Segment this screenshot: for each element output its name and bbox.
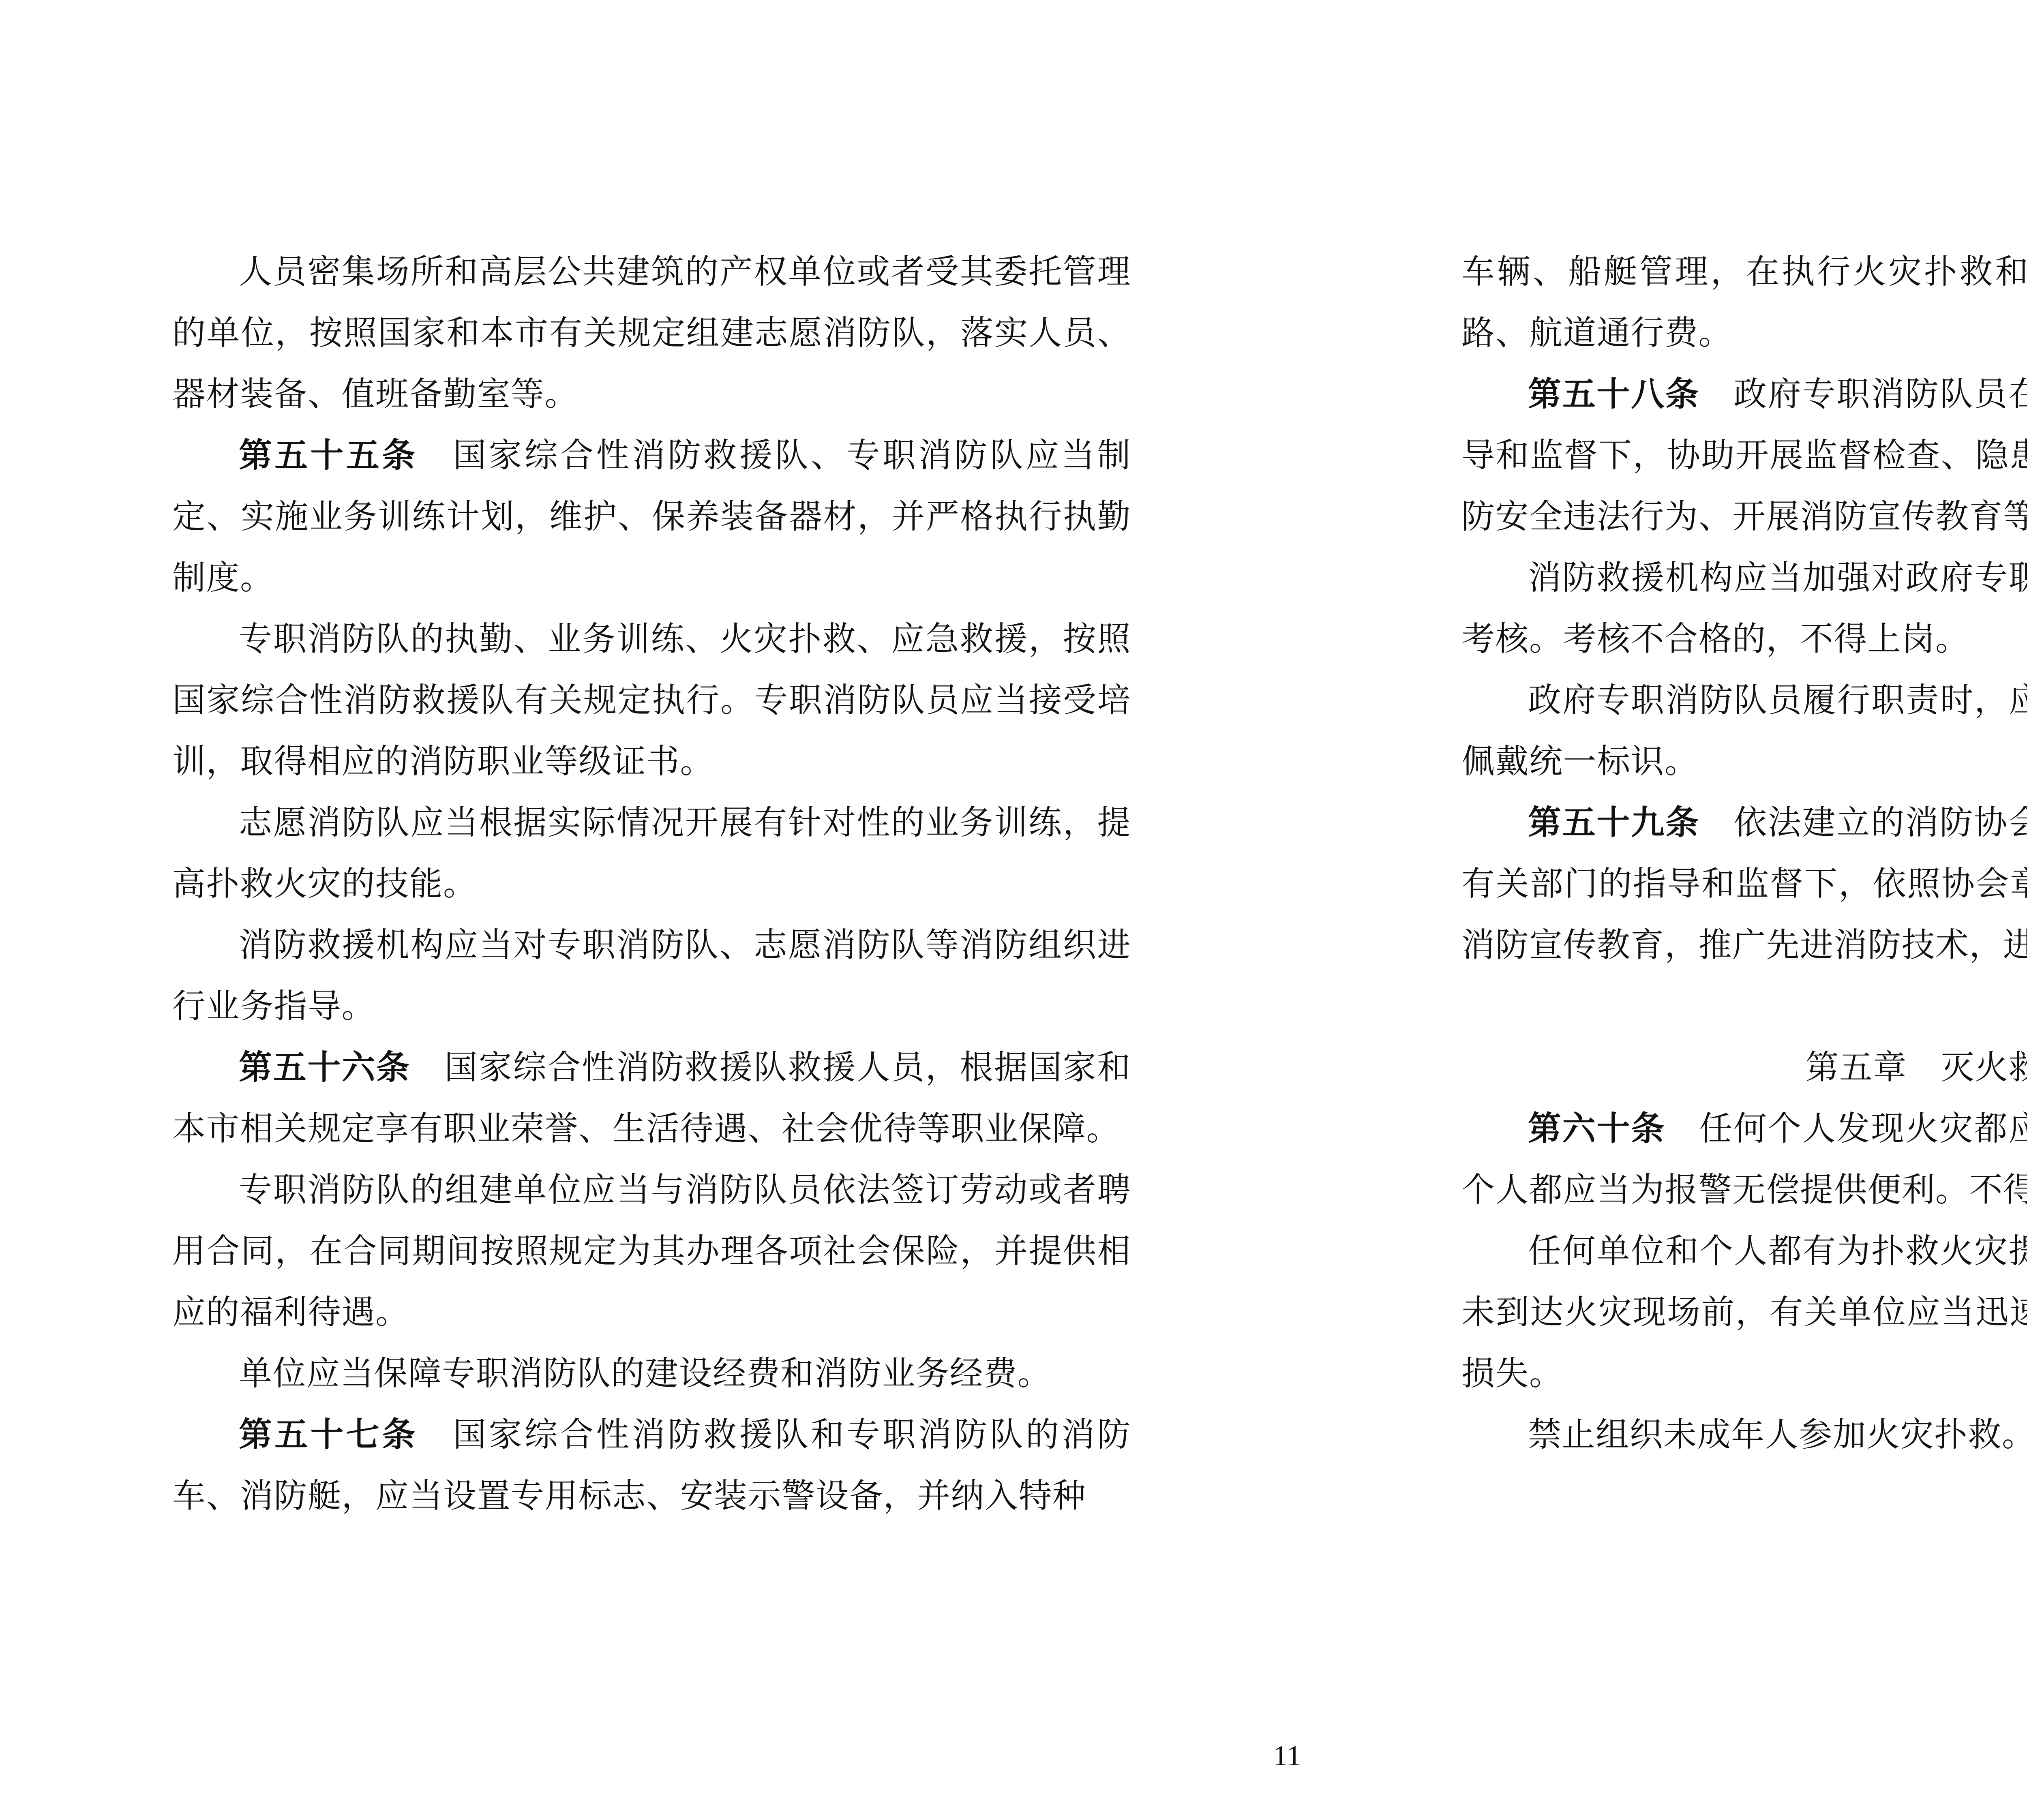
paragraph: 专职消防队的组建单位应当与消防队员依法签订劳动或者聘用合同，在合同期间按照规定为… xyxy=(172,1159,1131,1343)
chapter-title: 第五章 灭火救援 xyxy=(1461,1037,2027,1098)
paragraph-text: 人员密集场所和高层公共建筑的产权单位或者受其委托管理的单位，按照国家和本市有关规… xyxy=(172,253,1131,413)
article-heading: 第五十六条 xyxy=(239,1048,411,1087)
paragraph-text: 任何单位和个人都有为扑救火灾提供帮助的义务。在消防队未到达火灾现场前，有关单位应… xyxy=(1461,1232,2027,1393)
paragraph: 任何单位和个人都有为扑救火灾提供帮助的义务。在消防队未到达火灾现场前，有关单位应… xyxy=(1461,1220,2027,1404)
article-56: 第五十六条国家综合性消防救援队救援人员，根据国家和本市相关规定享有职业荣誉、生活… xyxy=(172,1037,1131,1159)
paragraph: 志愿消防队应当根据实际情况开展有针对性的业务训练，提高扑救火灾的技能。 xyxy=(172,792,1131,914)
article-heading: 第五十五条 xyxy=(239,436,418,475)
paragraph: 禁止组织未成年人参加火灾扑救。 xyxy=(1461,1404,2027,1465)
paragraph: 消防救援机构应当对专职消防队、志愿消防队等消防组织进行业务指导。 xyxy=(172,914,1131,1037)
paragraph: 政府专职消防队员履行职责时，应当统一着装、携带证件、佩戴统一标识。 xyxy=(1461,670,2027,792)
paragraph: 专职消防队的执勤、业务训练、火灾扑救、应急救援，按照国家综合性消防救援队有关规定… xyxy=(172,608,1131,792)
paragraph: 人员密集场所和高层公共建筑的产权单位或者受其委托管理的单位，按照国家和本市有关规… xyxy=(172,241,1131,425)
article-59: 第五十九条依法建立的消防协会在市消防救援机构及其他有关部门的指导和监督下，依照协… xyxy=(1461,792,2027,976)
paragraph: 单位应当保障专职消防队的建设经费和消防业务经费。 xyxy=(172,1343,1131,1404)
article-heading: 第五十八条 xyxy=(1528,375,1700,413)
paragraph-text: 车辆、船艇管理，在执行火灾扑救和应急救援等任务时免缴道路、航道通行费。 xyxy=(1461,253,2027,352)
paragraph-text: 志愿消防队应当根据实际情况开展有针对性的业务训练，提高扑救火灾的技能。 xyxy=(172,803,1131,903)
paragraph-text: 禁止组织未成年人参加火灾扑救。 xyxy=(1528,1415,2027,1454)
article-heading: 第六十条 xyxy=(1528,1109,1665,1148)
article-60: 第六十条任何个人发现火灾都应当迅速报警；任何单位和个人都应当为报警无偿提供便利。… xyxy=(1461,1098,2027,1220)
article-57: 第五十七条国家综合性消防救援队和专职消防队的消防车、消防艇，应当设置专用标志、安… xyxy=(172,1404,1131,1527)
article-58: 第五十八条政府专职消防队员在消防救援机构工作人员指导和监督下，协助开展监督检查、… xyxy=(1461,364,2027,547)
paragraph-continued: 车辆、船艇管理，在执行火灾扑救和应急救援等任务时免缴道路、航道通行费。 xyxy=(1461,241,2027,364)
paragraph-text: 政府专职消防队员履行职责时，应当统一着装、携带证件、佩戴统一标识。 xyxy=(1461,681,2027,781)
left-page-column: 人员密集场所和高层公共建筑的产权单位或者受其委托管理的单位，按照国家和本市有关规… xyxy=(172,241,1131,1527)
right-page-column: 车辆、船艇管理，在执行火灾扑救和应急救援等任务时免缴道路、航道通行费。 第五十八… xyxy=(1461,241,2027,1465)
paragraph-text: 专职消防队的执勤、业务训练、火灾扑救、应急救援，按照国家综合性消防救援队有关规定… xyxy=(172,620,1131,781)
paragraph-text: 消防救援机构应当加强对政府专职消防队员的管理、培训、考核。考核不合格的，不得上岗… xyxy=(1461,559,2027,658)
article-heading: 第五十九条 xyxy=(1528,803,1700,842)
paragraph-text: 单位应当保障专职消防队的建设经费和消防业务经费。 xyxy=(239,1354,1051,1393)
paragraph: 消防救援机构应当加强对政府专职消防队员的管理、培训、考核。考核不合格的，不得上岗… xyxy=(1461,547,2027,670)
page-number: 11 xyxy=(0,1739,2027,1773)
paragraph-text: 消防救援机构应当对专职消防队、志愿消防队等消防组织进行业务指导。 xyxy=(172,926,1131,1026)
article-heading: 第五十七条 xyxy=(239,1415,418,1454)
paragraph-text: 专职消防队的组建单位应当与消防队员依法签订劳动或者聘用合同，在合同期间按照规定为… xyxy=(172,1171,1131,1332)
article-55: 第五十五条国家综合性消防救援队、专职消防队应当制定、实施业务训练计划，维护、保养… xyxy=(172,425,1131,608)
